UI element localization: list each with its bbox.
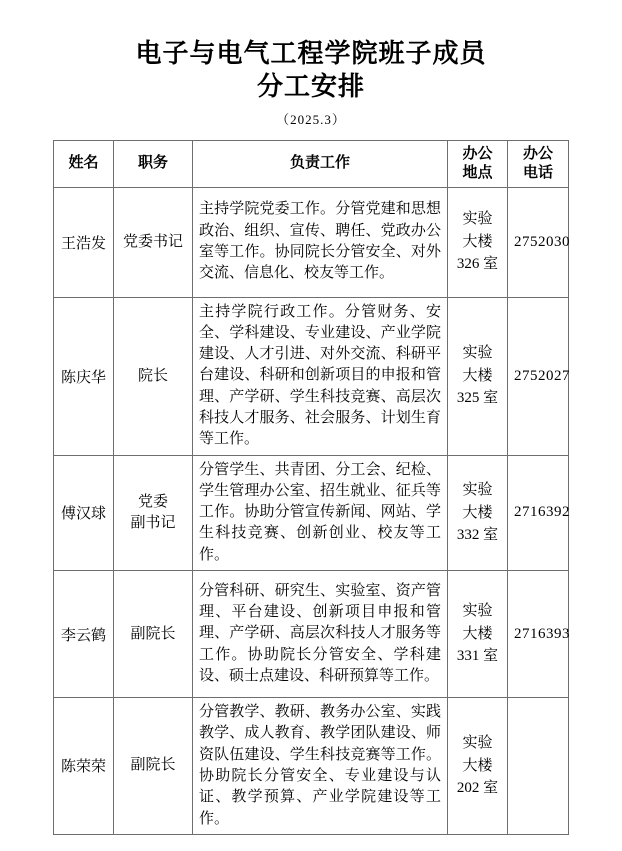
- column-header-title: 职务: [114, 141, 193, 188]
- name-cell: 王浩发: [54, 187, 114, 297]
- title-cell: 党委 副书记: [114, 455, 193, 570]
- phone-cell: 2716392: [508, 455, 569, 570]
- name-cell: 陈荣荣: [54, 698, 114, 835]
- duties-cell: 主持学院党委工作。分管党建和思想政治、组织、宣传、聘任、党政办公室等工作。协同院…: [193, 187, 448, 297]
- name-cell: 李云鹤: [54, 571, 114, 698]
- duties-cell: 分管学生、共青团、分工会、纪检、学生管理办公室、招生就业、征兵等工作。协助分管宣…: [193, 455, 448, 570]
- name-cell: 傅汉球: [54, 455, 114, 570]
- name-cell: 陈庆华: [54, 297, 114, 455]
- phone-cell: 2716393: [508, 571, 569, 698]
- duties-cell: 分管教学、教研、教务办公室、实践教学、成人教育、教学团队建设、师资队伍建设、学生…: [193, 698, 448, 835]
- phone-cell: 2752030: [508, 187, 569, 297]
- table-row: 陈荣荣 副院长 分管教学、教研、教务办公室、实践教学、成人教育、教学团队建设、师…: [54, 698, 569, 835]
- header-row: 姓名 职务 负责工作 办公 地点 办公 电话: [54, 141, 569, 188]
- table-row: 李云鹤 副院长 分管科研、研究生、实验室、资产管理、平台建设、创新项目申报和管理…: [54, 571, 569, 698]
- title-cell: 副院长: [114, 698, 193, 835]
- title-cell: 副院长: [114, 571, 193, 698]
- page-title-line2: 分工安排: [0, 71, 622, 104]
- document-page: 电子与电气工程学院班子成员 分工安排 （2025.3） 姓名 职务 负责工作 办…: [0, 0, 622, 851]
- table-row: 陈庆华 院长 主持学院行政工作。分管财务、安全、学科建设、专业建设、产业学院建设…: [54, 297, 569, 455]
- office-cell: 实验 大楼 331 室: [448, 571, 508, 698]
- assignments-table: 姓名 职务 负责工作 办公 地点 办公 电话 王浩发 党委书记 主持学院党委工作…: [53, 140, 569, 835]
- office-cell: 实验 大楼 202 室: [448, 698, 508, 835]
- column-header-name: 姓名: [54, 141, 114, 188]
- page-title-line1: 电子与电气工程学院班子成员: [0, 38, 622, 71]
- duties-cell: 主持学院行政工作。分管财务、安全、学科建设、专业建设、产业学院建设、人才引进、对…: [193, 297, 448, 455]
- column-header-phone: 办公 电话: [508, 141, 569, 188]
- duties-cell: 分管科研、研究生、实验室、资产管理、平台建设、创新项目申报和管理、产学研、高层次…: [193, 571, 448, 698]
- phone-cell: 2752027: [508, 297, 569, 455]
- office-cell: 实验 大楼 326 室: [448, 187, 508, 297]
- column-header-office: 办公 地点: [448, 141, 508, 188]
- date-label: （2025.3）: [0, 109, 622, 128]
- office-cell: 实验 大楼 325 室: [448, 297, 508, 455]
- table-row: 傅汉球 党委 副书记 分管学生、共青团、分工会、纪检、学生管理办公室、招生就业、…: [54, 455, 569, 570]
- table-row: 王浩发 党委书记 主持学院党委工作。分管党建和思想政治、组织、宣传、聘任、党政办…: [54, 187, 569, 297]
- title-cell: 党委书记: [114, 187, 193, 297]
- page-title: 电子与电气工程学院班子成员 分工安排: [0, 0, 622, 103]
- phone-cell: [508, 698, 569, 835]
- column-header-duties: 负责工作: [193, 141, 448, 188]
- office-cell: 实验 大楼 332 室: [448, 455, 508, 570]
- title-cell: 院长: [114, 297, 193, 455]
